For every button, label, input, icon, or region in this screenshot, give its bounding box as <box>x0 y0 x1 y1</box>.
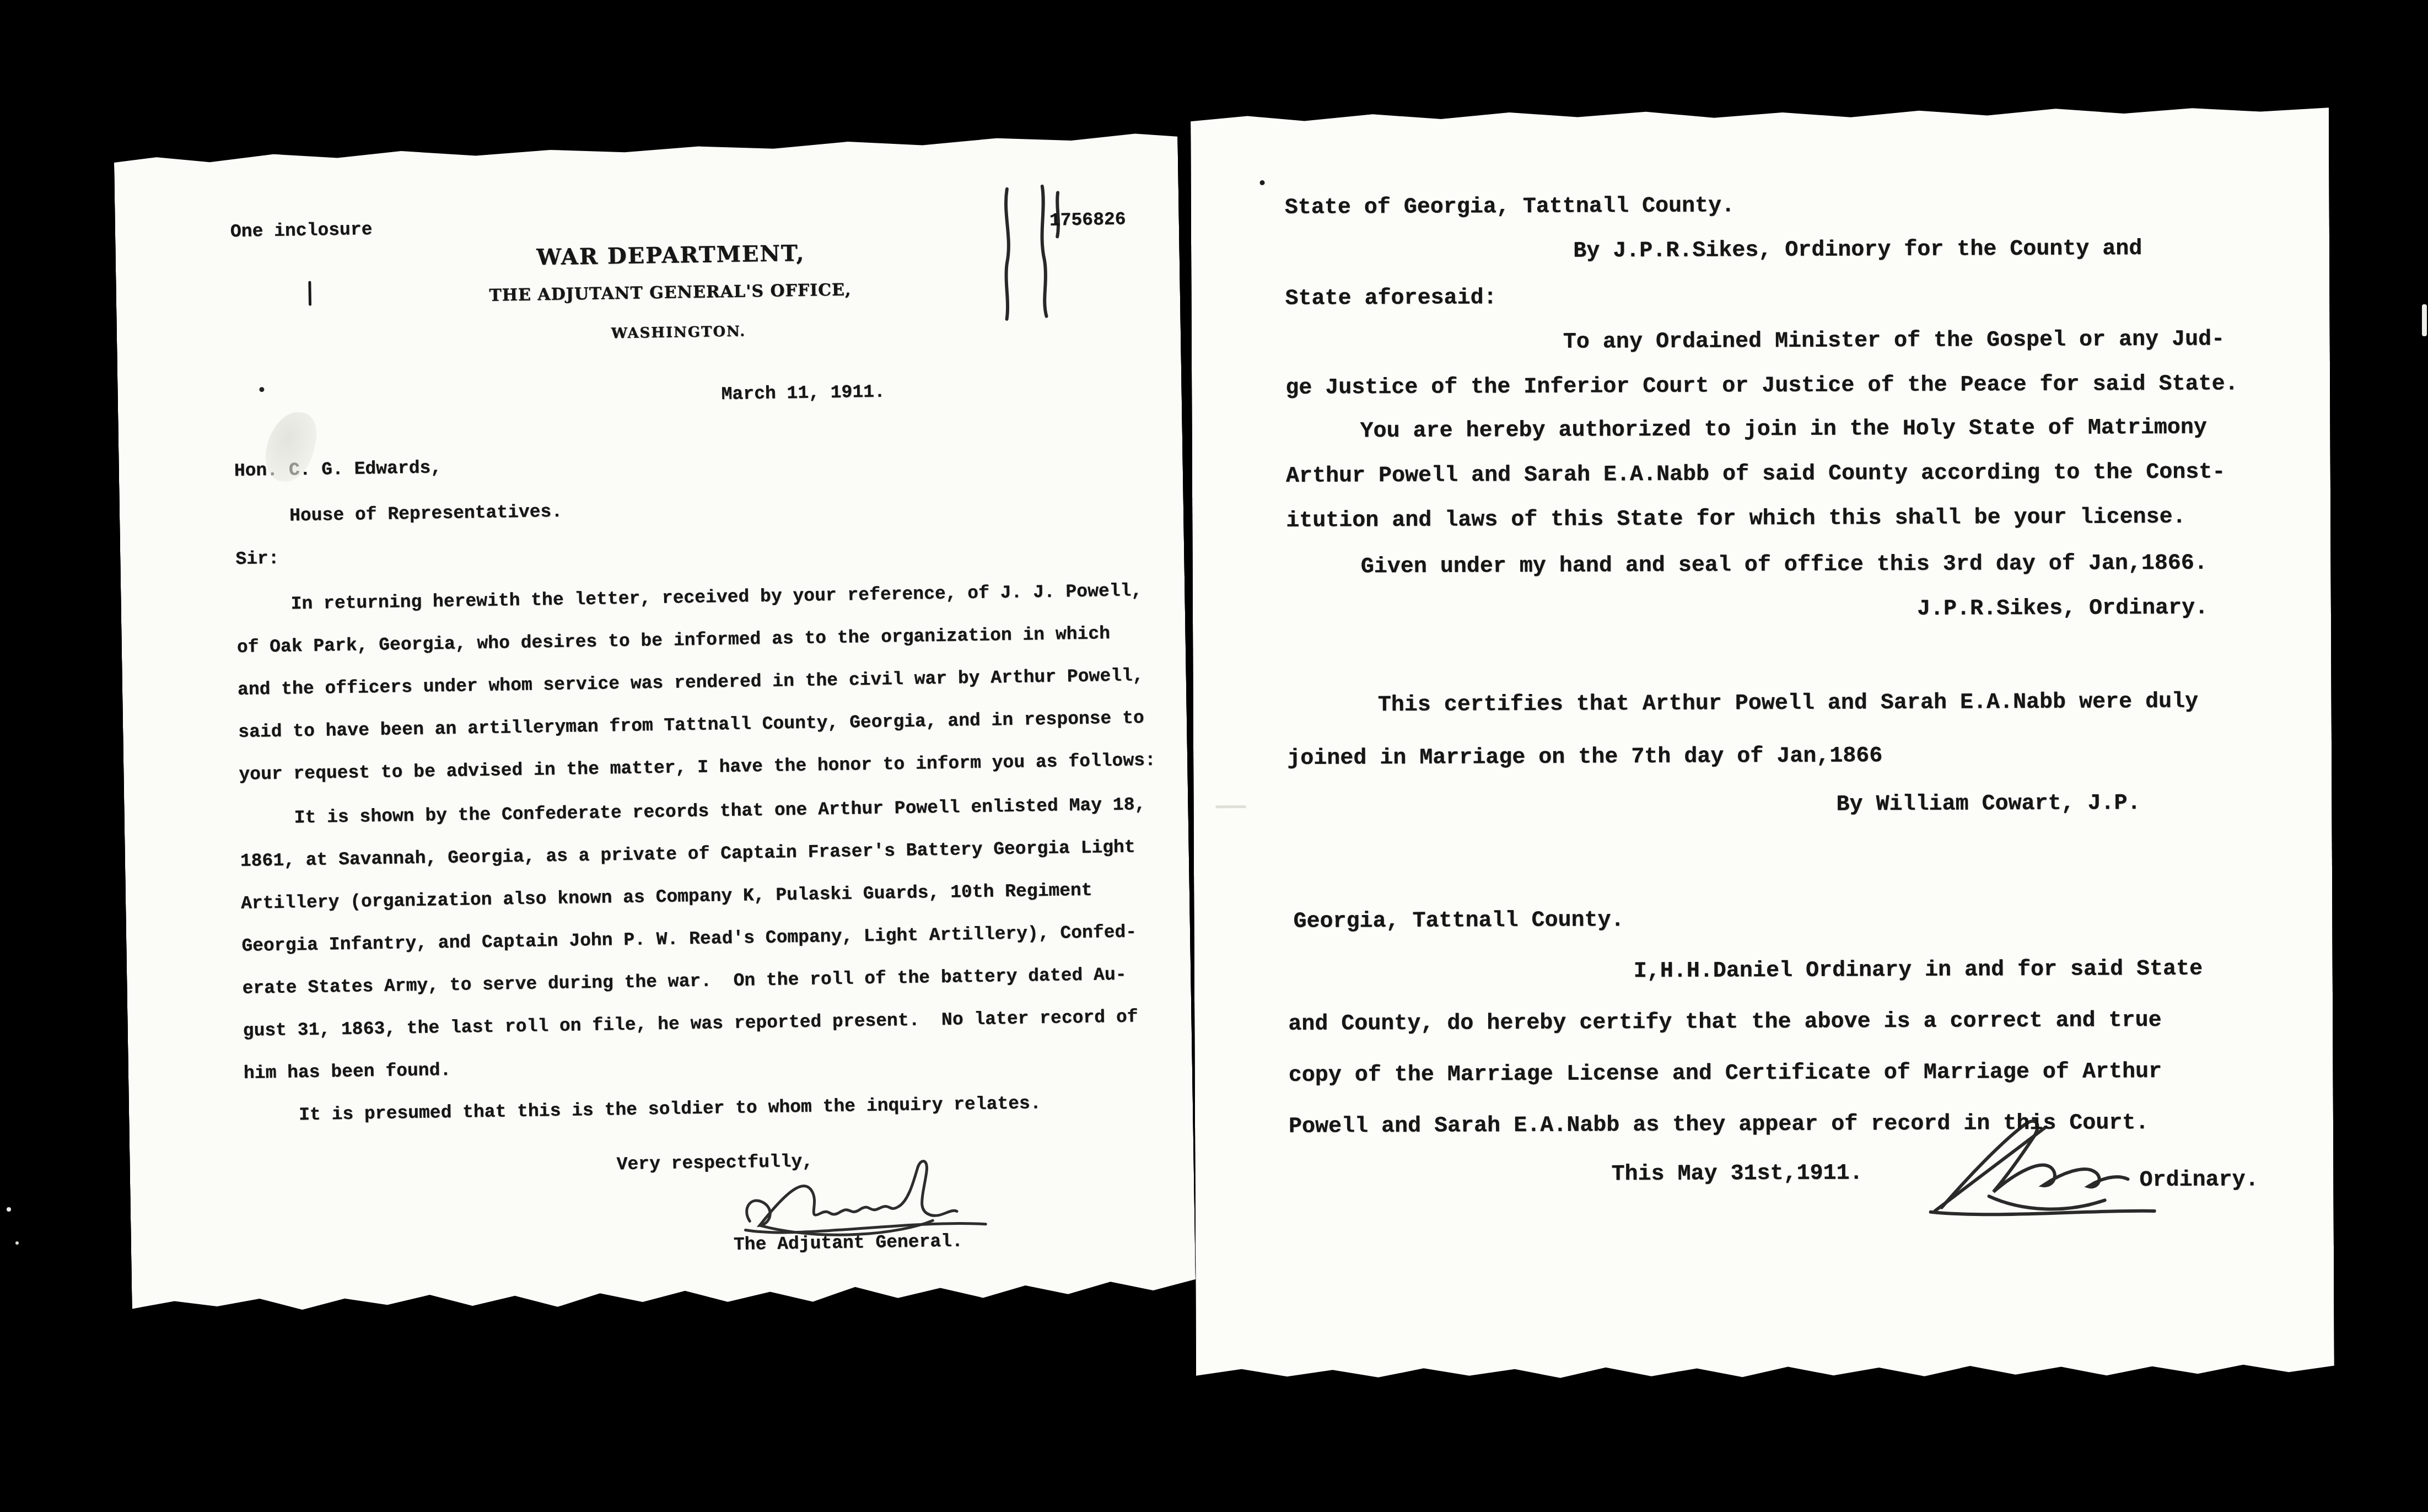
typewritten-line: copy of the Marriage License and Certifi… <box>1289 1059 2162 1089</box>
typewritten-line: 1861, at Savannah, Georgia, as a private… <box>240 836 1135 873</box>
typewritten-line: State of Georgia, Tattnall County. <box>1285 193 1735 222</box>
typewritten-line: You are hereby authorized to join in the… <box>1360 415 2206 445</box>
ordinary-signature-icon <box>1923 1112 2199 1218</box>
inclosure-note: One inclosure <box>230 219 373 243</box>
typewritten-line: State aforesaid: <box>1285 285 1496 313</box>
date-line: March 11, 1911. <box>721 381 885 406</box>
typewritten-line: Georgia, Tattnall County. <box>1293 907 1624 935</box>
typewritten-line: To any Ordained Minister of the Gospel o… <box>1563 326 2225 356</box>
ink-tick-mark <box>308 281 311 306</box>
typewritten-line: ge Justice of the Inferior Court or Just… <box>1285 371 2238 402</box>
pen-stroke-marks <box>988 184 1068 322</box>
typewritten-line: Hon. C. G. Edwards, <box>234 457 442 482</box>
typewritten-line: Sir: <box>235 548 279 571</box>
typewritten-line: This certifies that Arthur Powell and Sa… <box>1378 689 2198 719</box>
typewritten-line: I,H.H.Daniel Ordinary in and for said St… <box>1634 956 2203 986</box>
typewritten-line: joined in Marriage on the 7th day of Jan… <box>1287 743 1882 772</box>
typewritten-line: It is shown by the Confederate records t… <box>294 794 1145 829</box>
certificate-body: State of Georgia, Tattnall County.By J.P… <box>1191 105 2329 110</box>
typewritten-line: said to have been an artilleryman from T… <box>238 707 1144 744</box>
typewritten-line: It is presumed that this is the soldier … <box>299 1093 1041 1126</box>
scan-speck <box>7 1207 11 1212</box>
typewritten-line: Given under my hand and seal of office t… <box>1360 550 2207 580</box>
typewritten-line: erate States Army, to serve during the w… <box>242 964 1126 1000</box>
scan-speck <box>15 1241 19 1245</box>
scan-speck <box>2422 304 2427 336</box>
typewritten-line: House of Representatives. <box>289 501 563 528</box>
typewritten-line: Georgia Infantry, and Captain John P. W.… <box>241 921 1137 957</box>
typewritten-line: and County, do hereby certify that the a… <box>1288 1008 2161 1038</box>
typewritten-line: him has been found. <box>244 1059 451 1085</box>
letter-body: Hon. C. G. Edwards,House of Representati… <box>114 130 1177 146</box>
typewritten-line: Arthur Powell and Sarah E.A.Nabb of said… <box>1286 459 2225 489</box>
letterhead-war-department: WAR DEPARTMENT, <box>536 240 805 271</box>
typewritten-line: By William Cowart, J.P. <box>1836 790 2140 818</box>
typewritten-line: By J.P.R.Sikes, Ordinory for the County … <box>1573 236 2142 265</box>
typewritten-line: J.P.R.Sikes, Ordinary. <box>1917 595 2208 622</box>
war-department-letter: One inclosure 1756826 WAR DEPARTMENT, TH… <box>114 130 1196 1315</box>
signature-title: The Adjutant General. <box>734 1230 963 1256</box>
ink-dot <box>259 387 264 392</box>
fold-crease <box>1215 805 1246 808</box>
letterhead-adjutant-generals-office: THE ADJUTANT GENERAL'S OFFICE, <box>489 280 852 305</box>
typewritten-line: This May 31st,1911. <box>1611 1160 1862 1188</box>
scanned-documents-background: One inclosure 1756826 WAR DEPARTMENT, TH… <box>0 0 2428 1512</box>
ink-dot <box>1260 180 1265 185</box>
typewritten-line: gust 31, 1863, the last roll on file, he… <box>243 1006 1138 1042</box>
typewritten-line: your request to be advised in the matter… <box>239 750 1156 786</box>
marriage-license-certificate: State of Georgia, Tattnall County.By J.P… <box>1191 105 2334 1384</box>
typewritten-line: and the officers under whom service was … <box>238 665 1144 701</box>
typewritten-line: itution and laws of this State for which… <box>1286 504 2185 535</box>
typewritten-line: of Oak Park, Georgia, who desires to be … <box>236 623 1110 659</box>
letterhead-washington: WASHINGTON. <box>611 323 746 342</box>
typewritten-line: In returning herewith the letter, receiv… <box>290 580 1142 615</box>
typewritten-line: Artillery (organization also known as Co… <box>241 880 1092 915</box>
